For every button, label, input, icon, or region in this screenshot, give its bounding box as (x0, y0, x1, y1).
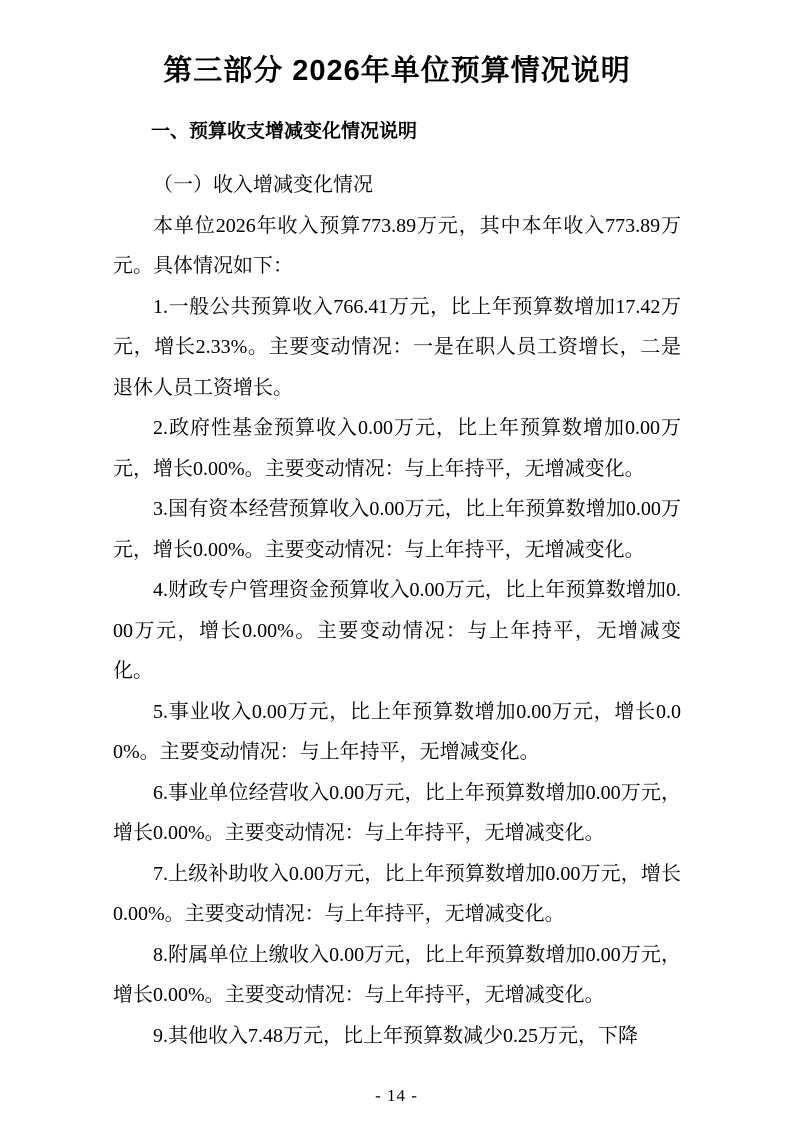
body-paragraph: 本单位2026年收入预算773.89万元，其中本年收入773.89万元。具体情况… (113, 206, 681, 287)
body-paragraph: 5.事业收入0.00万元，比上年预算数增加0.00万元，增长0.00%。主要变动… (113, 692, 681, 773)
body-paragraph: 3.国有资本经营预算收入0.00万元，比上年预算数增加0.00万元，增长0.00… (113, 489, 681, 570)
subsection-heading: （一）收入增减变化情况 (113, 165, 681, 206)
page-number: - 14 - (0, 1086, 793, 1106)
page-title: 第三部分 2026年单位预算情况说明 (113, 53, 681, 90)
body-paragraph: 6.事业单位经营收入0.00万元，比上年预算数增加0.00万元，增长0.00%。… (113, 773, 681, 854)
body-paragraph: 2.政府性基金预算收入0.00万元，比上年预算数增加0.00万元，增长0.00%… (113, 408, 681, 489)
body-paragraph: 1.一般公共预算收入766.41万元，比上年预算数增加17.42万元，增长2.3… (113, 287, 681, 409)
document-page: 第三部分 2026年单位预算情况说明 一、预算收支增减变化情况说明 （一）收入增… (0, 0, 793, 1122)
body-paragraph: 8.附属单位上缴收入0.00万元，比上年预算数增加0.00万元，增长0.00%。… (113, 935, 681, 1016)
body-paragraph: 7.上级补助收入0.00万元，比上年预算数增加0.00万元，增长0.00%。主要… (113, 854, 681, 935)
section-heading: 一、预算收支增减变化情况说明 (113, 112, 681, 152)
body-paragraph: 9.其他收入7.48万元，比上年预算数减少0.25万元，下降 (113, 1016, 681, 1057)
body-paragraph: 4.财政专户管理资金预算收入0.00万元，比上年预算数增加0.00万元，增长0.… (113, 570, 681, 692)
